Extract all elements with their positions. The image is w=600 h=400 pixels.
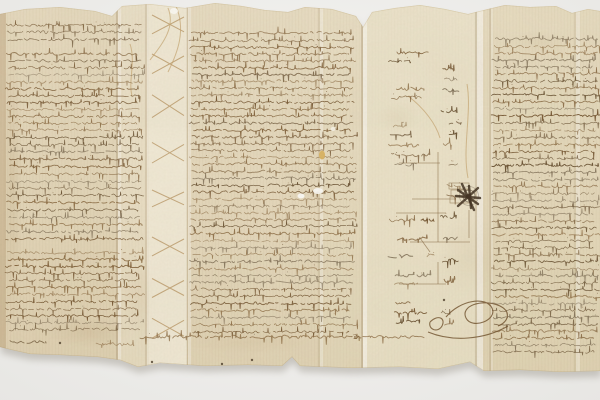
manuscript-document: ·2· — [0, 0, 600, 400]
paper-grain — [0, 0, 600, 400]
photo-canvas: ·2· — [0, 0, 600, 400]
manuscript-photo: ·2· — [0, 0, 600, 400]
